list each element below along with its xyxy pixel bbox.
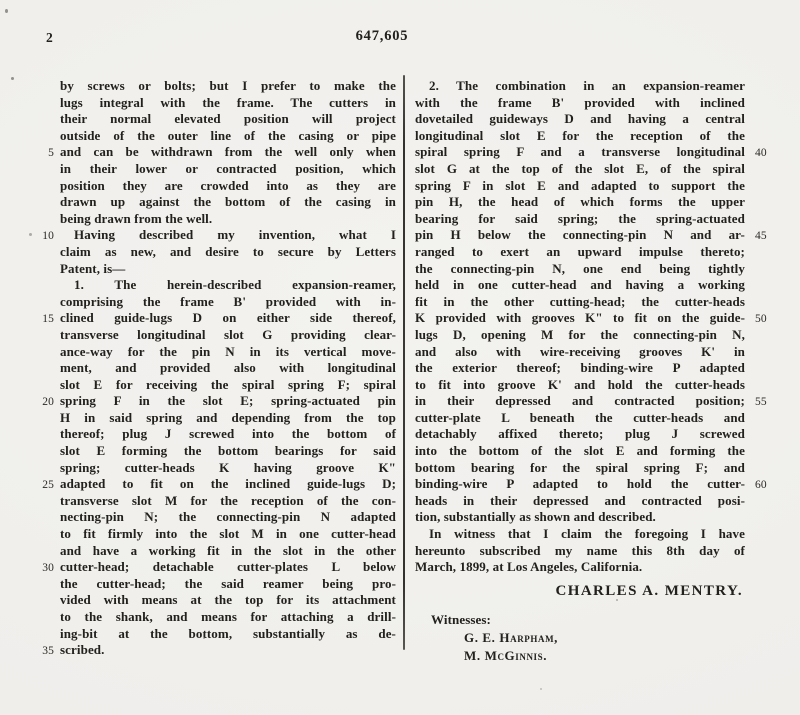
line-text: hereunto subscribed my name this 8th day… xyxy=(415,543,745,560)
paper-speck xyxy=(203,637,205,639)
text-line: tion, substantially as shown and describ… xyxy=(415,509,779,526)
line-text: drawn up against the bottom of the casin… xyxy=(60,194,396,211)
margin-line-number: 50 xyxy=(745,311,779,328)
patent-page: 2 647,605 by screws or bolts; but I pref… xyxy=(0,0,800,715)
line-text: adapted to fit on the inclined guide-lug… xyxy=(60,476,396,493)
paper-speck xyxy=(11,77,14,80)
line-text: Witnesses: xyxy=(415,611,745,629)
text-line: 1. The herein-described expansion-reamer… xyxy=(36,277,396,294)
line-text: ment, and provided also with longitudina… xyxy=(60,360,396,377)
line-text: H in said spring and depending from the … xyxy=(60,410,396,427)
line-text: spring F in slot E and adapted to suppor… xyxy=(415,178,745,195)
line-text: claim as new, and desire to secure by Le… xyxy=(60,244,396,261)
line-text: detachably affixed thereto; plug J screw… xyxy=(415,426,745,443)
text-line: 2. The combination in an expansion-reame… xyxy=(415,78,779,95)
text-line: 25adapted to fit on the inclined guide-l… xyxy=(36,476,396,493)
text-line: bearing for said spring; the spring-actu… xyxy=(415,211,779,228)
line-text: Having described my invention, what I xyxy=(60,227,396,244)
line-text: bottom bearing for the spiral spring F; … xyxy=(415,460,745,477)
margin-line-number: 5 xyxy=(36,145,54,162)
text-line: 35scribed. xyxy=(36,642,396,659)
line-text: In witness that I claim the foregoing I … xyxy=(415,526,745,543)
text-line: transverse longitudinal slot G providing… xyxy=(36,327,396,344)
margin-line-number: 40 xyxy=(745,145,779,162)
text-line: to the shank, and means for attaching a … xyxy=(36,609,396,626)
line-text: cutter-plate L beneath the cutter-heads … xyxy=(415,410,745,427)
line-text: Patent, is— xyxy=(60,261,396,278)
line-text: 2. The combination in an expansion-reame… xyxy=(415,78,745,95)
text-line: with the frame B' provided with inclined xyxy=(415,95,779,112)
line-text: position they are crowded into as they a… xyxy=(60,178,396,195)
margin-line-number: 20 xyxy=(36,394,54,411)
text-line: K provided with grooves K" to fit on the… xyxy=(415,310,779,327)
line-text: to the shank, and means for attaching a … xyxy=(60,609,396,626)
line-text: fit in the other cutting-head; the cutte… xyxy=(415,294,745,311)
line-text: lugs integral with the frame. The cutter… xyxy=(60,95,396,112)
line-text: transverse slot M for the reception of t… xyxy=(60,493,396,510)
line-text: to fit into groove K' and hold the cutte… xyxy=(415,377,745,394)
margin-line-number: 55 xyxy=(745,394,779,411)
line-text: held in one cutter-head and having a wor… xyxy=(415,277,745,294)
text-line: claim as new, and desire to secure by Le… xyxy=(36,244,396,261)
line-text: cutter-head; detachable cutter-plates L … xyxy=(60,559,396,576)
paper-speck xyxy=(29,233,32,236)
text-line: spring; cutter-heads K having groove K" xyxy=(36,460,396,477)
text-line: the connecting-pin N, one end being tigh… xyxy=(415,261,779,278)
line-text: and can be withdrawn from the well only … xyxy=(60,144,396,161)
paper-speck xyxy=(5,9,8,13)
text-line: held in one cutter-head and having a wor… xyxy=(415,277,779,294)
line-text: scribed. xyxy=(60,642,396,659)
line-text: and have a working fit in the slot in th… xyxy=(60,543,396,560)
line-text: spring; cutter-heads K having groove K" xyxy=(60,460,396,477)
line-text: the cutter-head; the said reamer being p… xyxy=(60,576,396,593)
line-text: M. McGinnis. xyxy=(415,647,745,666)
text-line: ment, and provided also with longitudina… xyxy=(36,360,396,377)
text-line: bottom bearing for the spiral spring F; … xyxy=(415,460,779,477)
line-text: in their depressed and contracted positi… xyxy=(415,393,745,410)
line-text: CHARLES A. MENTRY. xyxy=(415,581,745,601)
line-text: heads in their depressed and contracted … xyxy=(415,493,745,510)
text-line: pin H, the head of which forms the upper xyxy=(415,194,779,211)
line-text: ing-bit at the bottom, substantially as … xyxy=(60,626,396,643)
text-line: 10Having described my invention, what I xyxy=(36,227,396,244)
left-text-column: by screws or bolts; but I prefer to make… xyxy=(36,78,396,659)
text-line: by screws or bolts; but I prefer to make… xyxy=(36,78,396,95)
line-text: slot G at the top of the slot E, of the … xyxy=(415,161,745,178)
text-line: position they are crowded into as they a… xyxy=(36,178,396,195)
text-line: outside of the outer line of the casing … xyxy=(36,128,396,145)
text-line: 20spring F in the slot E; spring-actuate… xyxy=(36,393,396,410)
line-text: their normal elevated position will proj… xyxy=(60,111,396,128)
line-text: and also with wire-receiving grooves K' … xyxy=(415,344,745,361)
margin-line-number: 15 xyxy=(36,311,54,328)
text-line: March, 1899, at Los Angeles, California. xyxy=(415,559,779,576)
line-text: K provided with grooves K" to fit on the… xyxy=(415,310,745,327)
line-text: clined guide-lugs D on either side there… xyxy=(60,310,396,327)
line-text: the connecting-pin N, one end being tigh… xyxy=(415,261,745,278)
text-line: spiral spring F and a transverse longitu… xyxy=(415,144,779,161)
line-text: comprising the frame B' provided with in… xyxy=(60,294,396,311)
text-line: to fit into groove K' and hold the cutte… xyxy=(415,377,779,394)
text-line: fit in the other cutting-head; the cutte… xyxy=(415,294,779,311)
line-text: transverse longitudinal slot G providing… xyxy=(60,327,396,344)
text-line: ing-bit at the bottom, substantially as … xyxy=(36,626,396,643)
text-line: 15clined guide-lugs D on either side the… xyxy=(36,310,396,327)
line-text: spring F in the slot E; spring-actuated … xyxy=(60,393,396,410)
line-text: longitudinal slot E for the reception of… xyxy=(415,128,745,145)
line-text: being drawn from the well. xyxy=(60,211,396,228)
text-line: in their depressed and contracted positi… xyxy=(415,393,779,410)
line-text: thereof; plug J screwed into the bottom … xyxy=(60,426,396,443)
text-line: 5and can be withdrawn from the well only… xyxy=(36,144,396,161)
text-line: Patent, is— xyxy=(36,261,396,278)
text-line: into the bottom of the slot E and formin… xyxy=(415,443,779,460)
line-text: binding-wire P adapted to hold the cutte… xyxy=(415,476,745,493)
text-line: lugs D, opening M for the connecting-pin… xyxy=(415,327,779,344)
text-line: pin H below the connecting-pin N and ar-… xyxy=(415,227,779,244)
text-line: and also with wire-receiving grooves K' … xyxy=(415,344,779,361)
line-text: pin H below the connecting-pin N and ar- xyxy=(415,227,745,244)
text-line: to fit firmly into the slot M in one cut… xyxy=(36,526,396,543)
text-line: CHARLES A. MENTRY. xyxy=(415,581,779,601)
column-divider-rule xyxy=(403,75,405,650)
line-text: dovetailed guideways D and having a cent… xyxy=(415,111,745,128)
text-line: In witness that I claim the foregoing I … xyxy=(415,526,779,543)
text-line: slot G at the top of the slot E, of the … xyxy=(415,161,779,178)
text-line: the cutter-head; the said reamer being p… xyxy=(36,576,396,593)
text-line: binding-wire P adapted to hold the cutte… xyxy=(415,476,779,493)
text-line: M. McGinnis. xyxy=(415,647,779,666)
right-text-column: 2. The combination in an expansion-reame… xyxy=(415,78,779,666)
text-line: thereof; plug J screwed into the bottom … xyxy=(36,426,396,443)
line-text: slot E forming the bottom bearings for s… xyxy=(60,443,396,460)
line-text: March, 1899, at Los Angeles, California. xyxy=(415,559,745,576)
line-text: ance-way for the pin N in its vertical m… xyxy=(60,344,396,361)
line-text: tion, substantially as shown and describ… xyxy=(415,509,745,526)
text-line: spring F in slot E and adapted to suppor… xyxy=(415,178,779,195)
line-text: lugs D, opening M for the connecting-pin… xyxy=(415,327,745,344)
line-text: with the frame B' provided with inclined xyxy=(415,95,745,112)
line-text: 1. The herein-described expansion-reamer… xyxy=(60,277,396,294)
line-text: into the bottom of the slot E and formin… xyxy=(415,443,745,460)
text-line: and have a working fit in the slot in th… xyxy=(36,543,396,560)
text-line: their normal elevated position will proj… xyxy=(36,111,396,128)
text-line: transverse slot M for the reception of t… xyxy=(36,493,396,510)
margin-line-number: 10 xyxy=(36,228,54,245)
text-line: slot E forming the bottom bearings for s… xyxy=(36,443,396,460)
margin-line-number: 35 xyxy=(36,643,54,660)
paper-speck xyxy=(540,688,542,690)
margin-line-number: 45 xyxy=(745,228,779,245)
text-line: detachably affixed thereto; plug J screw… xyxy=(415,426,779,443)
margin-line-number: 30 xyxy=(36,560,54,577)
text-line: ranged to exert an upward impulse theret… xyxy=(415,244,779,261)
line-text: outside of the outer line of the casing … xyxy=(60,128,396,145)
line-text: spiral spring F and a transverse longitu… xyxy=(415,144,745,161)
line-text: in their lower or contracted position, w… xyxy=(60,161,396,178)
text-line: necting-pin N; the connecting-pin N adap… xyxy=(36,509,396,526)
text-line: in their lower or contracted position, w… xyxy=(36,161,396,178)
text-line: slot E for receiving the spiral spring F… xyxy=(36,377,396,394)
text-line: 30cutter-head; detachable cutter-plates … xyxy=(36,559,396,576)
text-line: drawn up against the bottom of the casin… xyxy=(36,194,396,211)
line-text: the exterior thereof; binding-wire P ada… xyxy=(415,360,745,377)
text-line: the exterior thereof; binding-wire P ada… xyxy=(415,360,779,377)
text-line: dovetailed guideways D and having a cent… xyxy=(415,111,779,128)
line-text: G. E. Harpham, xyxy=(415,629,745,648)
paper-speck xyxy=(616,599,618,601)
text-line: cutter-plate L beneath the cutter-heads … xyxy=(415,410,779,427)
patent-number: 647,605 xyxy=(0,28,764,45)
margin-line-number: 25 xyxy=(36,477,54,494)
text-line: heads in their depressed and contracted … xyxy=(415,493,779,510)
line-text: pin H, the head of which forms the upper xyxy=(415,194,745,211)
text-line: Witnesses: xyxy=(415,611,779,629)
text-line: H in said spring and depending from the … xyxy=(36,410,396,427)
line-text: bearing for said spring; the spring-actu… xyxy=(415,211,745,228)
margin-line-number: 60 xyxy=(745,477,779,494)
text-line: G. E. Harpham, xyxy=(415,629,779,648)
text-line: hereunto subscribed my name this 8th day… xyxy=(415,543,779,560)
line-text: to fit firmly into the slot M in one cut… xyxy=(60,526,396,543)
line-text: by screws or bolts; but I prefer to make… xyxy=(60,78,396,95)
line-text: slot E for receiving the spiral spring F… xyxy=(60,377,396,394)
line-text: ranged to exert an upward impulse theret… xyxy=(415,244,745,261)
text-line: being drawn from the well. xyxy=(36,211,396,228)
text-line: ance-way for the pin N in its vertical m… xyxy=(36,344,396,361)
text-line: vided with means at the top for its atta… xyxy=(36,592,396,609)
text-line: comprising the frame B' provided with in… xyxy=(36,294,396,311)
line-text: vided with means at the top for its atta… xyxy=(60,592,396,609)
line-text: necting-pin N; the connecting-pin N adap… xyxy=(60,509,396,526)
text-line: lugs integral with the frame. The cutter… xyxy=(36,95,396,112)
text-line: longitudinal slot E for the reception of… xyxy=(415,128,779,145)
